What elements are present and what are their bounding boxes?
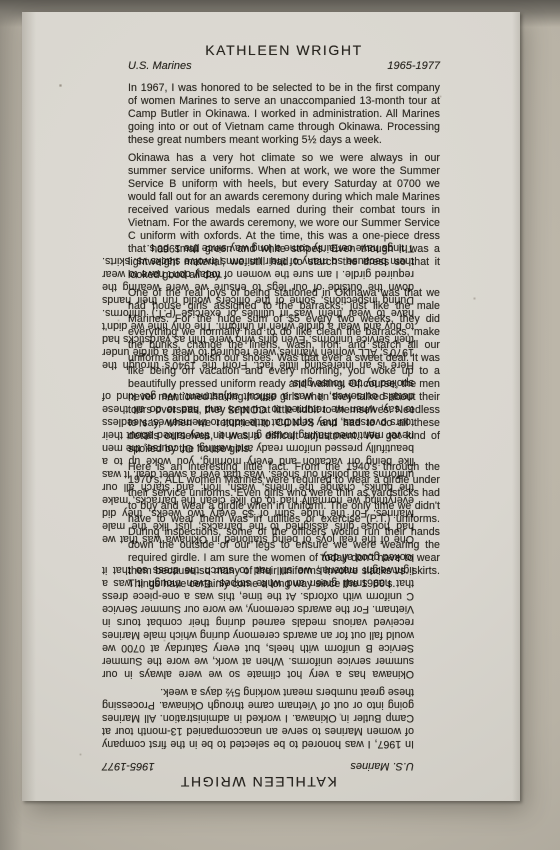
document-title: KATHLEEN WRIGHT bbox=[128, 42, 440, 58]
service-branch-label-inverted: U.S. Marines bbox=[350, 760, 414, 772]
document-meta: U.S. Marines 1965-1977 bbox=[128, 60, 440, 72]
service-branch-label: U.S. Marines bbox=[128, 60, 192, 72]
dust-specks bbox=[22, 12, 23, 13]
years-of-service-label: 1965-1977 bbox=[387, 60, 440, 72]
document-paragraph: In 1967, I was honored to be selected to… bbox=[128, 82, 440, 147]
document-paragraph-inverted: Here is an interesting little fact. From… bbox=[102, 241, 414, 371]
document-paragraph-inverted: Okinawa has a very hot climate so we wer… bbox=[102, 550, 414, 680]
paper-sheet: KATHLEEN WRIGHT U.S. Marines 1965-1977 I… bbox=[22, 12, 520, 801]
document-paragraph-inverted: In 1967, I was honored to be selected to… bbox=[102, 685, 414, 750]
document-title-inverted: KATHLEEN WRIGHT bbox=[102, 774, 414, 790]
document-copy-inverted: KATHLEEN WRIGHT U.S. Marines 1965-1977 I… bbox=[102, 236, 414, 790]
years-of-service-label-inverted: 1965-1977 bbox=[102, 760, 155, 772]
document-meta-inverted: U.S. Marines 1965-1977 bbox=[102, 760, 414, 772]
photo-backdrop: KATHLEEN WRIGHT U.S. Marines 1965-1977 I… bbox=[0, 0, 560, 850]
document-paragraph-inverted: One of the real joys of being stationed … bbox=[102, 376, 414, 545]
